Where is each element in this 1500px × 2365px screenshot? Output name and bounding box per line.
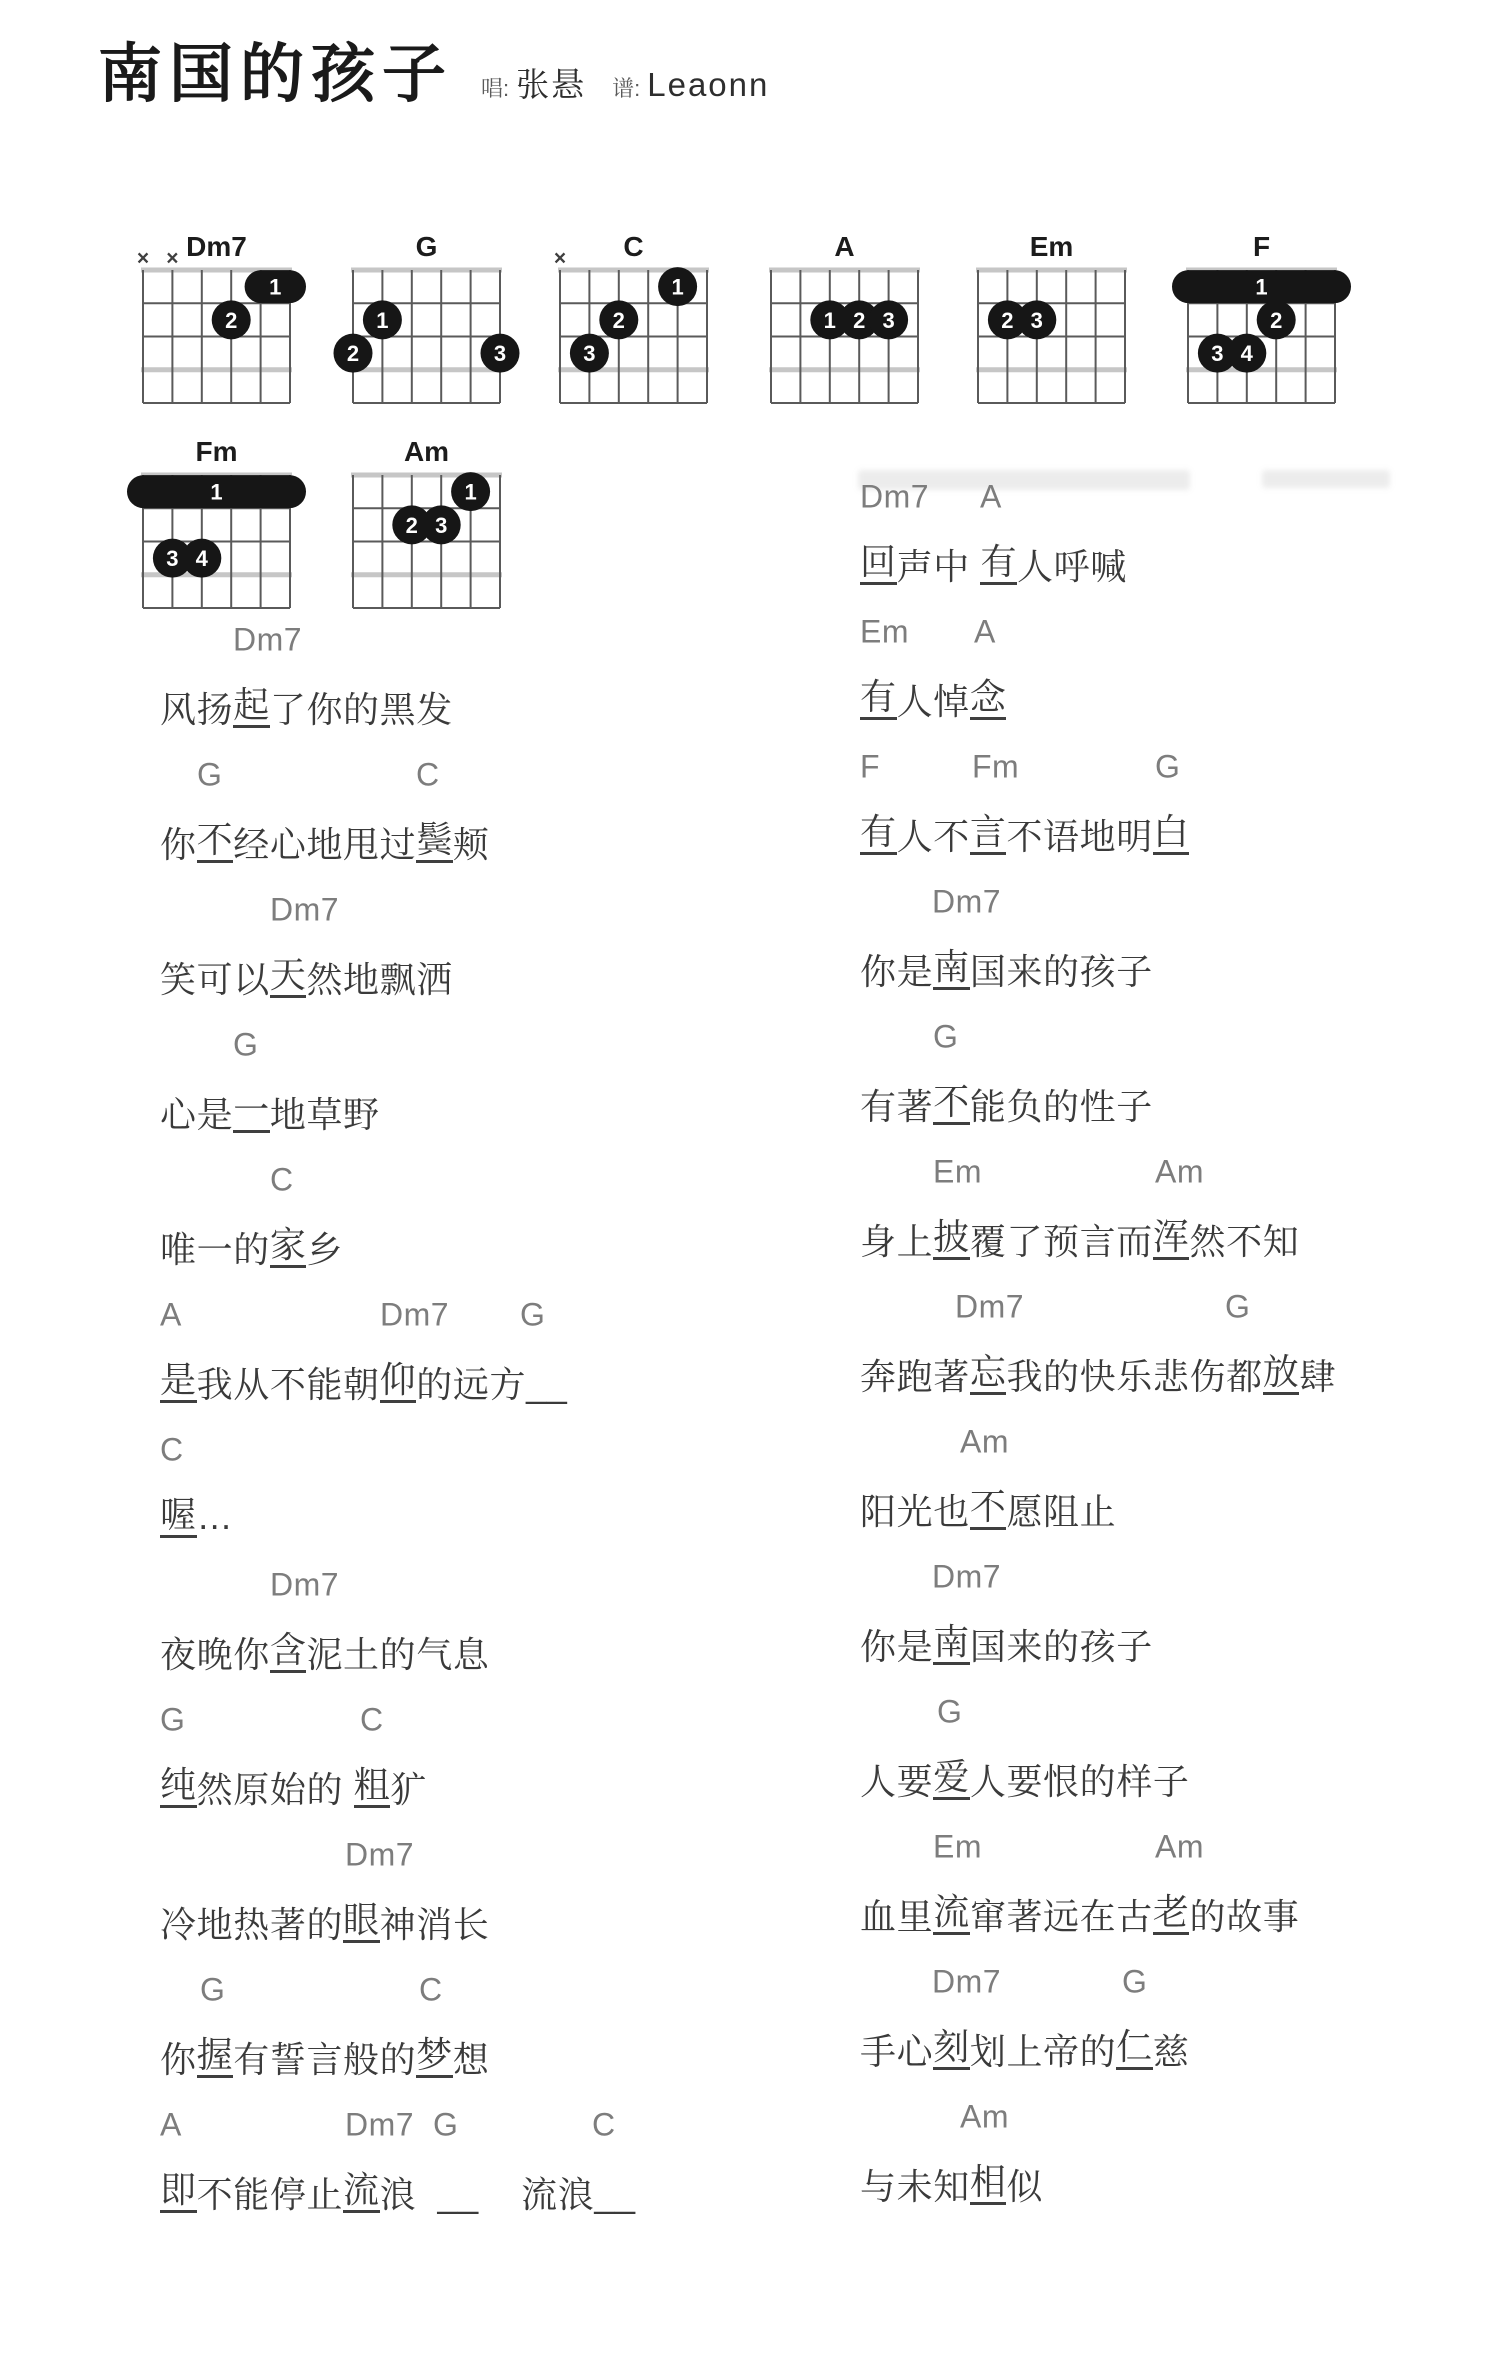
chord-change-char: 流 — [343, 2171, 380, 2213]
chord-symbol: Dm7 — [860, 478, 929, 515]
chord-symbol: Am — [960, 2098, 1009, 2135]
chord-line: Dm7 — [160, 606, 636, 674]
muted-string-mark: × — [137, 247, 149, 270]
chord-name-label: F — [1253, 231, 1270, 262]
lyric-line: 回声中 有人呼喊 — [860, 531, 1336, 599]
lyric-line: 身上披覆了预言而浑然不知 — [860, 1206, 1336, 1274]
chord-line: EmA — [860, 598, 1336, 666]
chord-change-char: 眼 — [343, 1901, 380, 1943]
chord-change-char: 即 — [160, 2171, 197, 2213]
finger-number: 2 — [406, 513, 418, 538]
chord-symbol: G — [433, 2106, 458, 2143]
lyric-line: 人要爱人要恨的样子 — [860, 1746, 1336, 1814]
chord-symbol: Em — [860, 613, 909, 650]
header: 南国的孩子 唱: 张悬 谱: Leaonn — [98, 42, 769, 106]
chord-symbol: A — [980, 478, 1002, 515]
chord-change-char: 忘 — [970, 1353, 1007, 1395]
chord-symbol: G — [197, 756, 222, 793]
chord-symbol: Dm7 — [270, 891, 339, 928]
chord-change-char: 有 — [860, 813, 897, 855]
lyric-line: 冷地热著的眼神消长 — [160, 1889, 636, 1957]
chord-symbol: G — [233, 1026, 258, 1063]
chord-line: Am — [860, 1408, 1336, 1476]
lyric-line: 有著不能负的性子 — [860, 1071, 1336, 1139]
finger-number: 4 — [1241, 341, 1254, 366]
chord-line: Dm7 — [160, 876, 636, 944]
lyric-line: 即不能停止流浪 __ 流浪__ — [160, 2159, 636, 2227]
finger-number: 2 — [853, 308, 865, 333]
chord-change-char: 刻 — [933, 2028, 970, 2070]
chord-change-char: 含 — [270, 1631, 307, 1673]
chord-line: C — [160, 1416, 636, 1484]
chord-symbol: C — [419, 1971, 443, 2008]
lyric-line: 笑可以天然地飘洒 — [160, 944, 636, 1012]
chord-name-label: G — [416, 231, 438, 262]
finger-number: 1 — [376, 308, 388, 333]
chord-symbol: G — [1122, 1963, 1147, 2000]
barre-finger-number: 1 — [1255, 275, 1267, 300]
chord-symbol: Dm7 — [345, 2106, 414, 2143]
finger-number: 1 — [671, 275, 683, 300]
chord-name-label: Em — [1030, 231, 1074, 262]
chord-symbol: Dm7 — [932, 883, 1001, 920]
finger-number: 3 — [1031, 308, 1043, 333]
barre-finger-number: 1 — [269, 275, 281, 300]
tab-label: 谱: — [612, 72, 640, 103]
chord-change-char: 爱 — [933, 1758, 970, 1800]
chord-symbol: G — [1155, 748, 1180, 785]
chord-symbol: G — [1225, 1288, 1250, 1325]
chord-change-char: 有 — [860, 678, 897, 720]
chord-change-char: 南 — [933, 948, 970, 990]
chord-symbol: Em — [933, 1828, 982, 1865]
chord-line: EmAm — [860, 1813, 1336, 1881]
lyric-line: 你是南国来的孩子 — [860, 936, 1336, 1004]
chord-symbol: C — [592, 2106, 616, 2143]
chord-line: FFmG — [860, 733, 1336, 801]
lyric-line: 你不经心地甩过鬓颊 — [160, 809, 636, 877]
chord-change-char: 相 — [970, 2163, 1007, 2205]
chord-symbol: A — [974, 613, 996, 650]
chord-diagram-A: A123 — [735, 225, 965, 415]
chord-line: Dm7 — [160, 1821, 636, 1889]
finger-number: 1 — [824, 308, 836, 333]
lyric-line: 手心刻划上帝的仁慈 — [860, 2016, 1336, 2084]
chord-symbol: C — [160, 1431, 184, 1468]
chord-diagram-G: G123 — [317, 225, 547, 415]
chord-symbol: G — [520, 1296, 545, 1333]
lyric-line: 与未知相似 — [860, 2151, 1336, 2219]
chord-change-char: 有 — [980, 543, 1017, 585]
chord-change-char: 仁 — [1116, 2028, 1153, 2070]
chord-change-char: 梦 — [416, 2036, 453, 2078]
chord-change-char: 老 — [1153, 1893, 1190, 1935]
chord-symbol: Am — [1155, 1828, 1204, 1865]
vocal-label: 唱: — [481, 72, 509, 103]
chord-symbol: A — [160, 1296, 182, 1333]
chord-line: ADm7GC — [160, 2091, 636, 2159]
finger-number: 3 — [1211, 341, 1223, 366]
chord-name-label: Dm7 — [186, 231, 247, 262]
chord-change-char: 握 — [197, 2036, 234, 2078]
chord-change-char: 不 — [197, 821, 234, 863]
chord-change-char: 起 — [233, 686, 270, 728]
chord-line: Dm7G — [860, 1948, 1336, 2016]
lyric-line: 你握有誓言般的梦想 — [160, 2024, 636, 2092]
chord-name-label: A — [834, 231, 854, 262]
finger-number: 2 — [347, 341, 359, 366]
lyric-column-left: Dm7风扬起了你的黑发GC你不经心地甩过鬓颊Dm7笑可以天然地飘洒G心是一地草野… — [160, 606, 636, 2226]
chord-diagram-Fm: Fm134 — [107, 430, 337, 620]
barre-finger-number: 1 — [210, 480, 222, 505]
finger-number: 2 — [225, 308, 237, 333]
chord-change-char: 回 — [860, 543, 897, 585]
chord-change-char: 喔 — [160, 1496, 197, 1538]
lyric-line: 夜晚你含泥土的气息 — [160, 1619, 636, 1687]
chord-symbol: G — [933, 1018, 958, 1055]
chord-change-char: 放 — [1263, 1353, 1300, 1395]
finger-number: 2 — [613, 308, 625, 333]
chord-change-char: 披 — [933, 1218, 970, 1260]
chord-line: GC — [160, 741, 636, 809]
chord-line: Am — [860, 2083, 1336, 2151]
chord-symbol: Em — [933, 1153, 982, 1190]
chord-change-char: 鬓 — [416, 821, 453, 863]
chord-diagram-Em: Em23 — [942, 225, 1172, 415]
chord-symbol: A — [160, 2106, 182, 2143]
finger-number: 3 — [435, 513, 447, 538]
chord-line: G — [860, 1003, 1336, 1071]
chord-line: C — [160, 1146, 636, 1214]
chord-change-char: 一 — [233, 1091, 270, 1133]
chord-change-char: 不 — [933, 1083, 970, 1125]
lyric-line: 阳光也不愿阻止 — [860, 1476, 1336, 1544]
chord-change-char: 南 — [933, 1623, 970, 1665]
muted-string-mark: × — [554, 247, 566, 270]
chord-symbol: Dm7 — [345, 1836, 414, 1873]
chord-line: GC — [160, 1686, 636, 1754]
chord-name-label: Fm — [196, 436, 238, 467]
chord-symbol: Fm — [972, 748, 1019, 785]
chord-change-char: 不 — [970, 1488, 1007, 1530]
chord-line: Dm7 — [860, 868, 1336, 936]
chord-line: Dm7 — [860, 1543, 1336, 1611]
finger-number: 3 — [583, 341, 595, 366]
chord-change-char: 浑 — [1153, 1218, 1190, 1260]
chord-symbol: Dm7 — [380, 1296, 449, 1333]
chord-symbol: F — [860, 748, 880, 785]
song-credits: 唱: 张悬 谱: Leaonn — [481, 59, 769, 106]
chord-line: Dm7 — [160, 1551, 636, 1619]
finger-number: 2 — [1270, 308, 1282, 333]
chord-line: Dm7A — [860, 463, 1336, 531]
chord-symbol: Am — [1155, 1153, 1204, 1190]
chord-change-char: 仰 — [380, 1361, 417, 1403]
vocal-name: 张悬 — [516, 59, 586, 106]
chord-symbol: Dm7 — [233, 621, 302, 658]
chord-line: Dm7G — [860, 1273, 1336, 1341]
chord-symbol: C — [360, 1701, 384, 1738]
chord-line: G — [860, 1678, 1336, 1746]
finger-number: 3 — [494, 341, 506, 366]
chord-symbol: G — [937, 1693, 962, 1730]
song-title: 南国的孩子 — [98, 42, 453, 106]
chord-symbol: Dm7 — [932, 1963, 1001, 2000]
finger-number: 1 — [464, 480, 476, 505]
chord-name-label: C — [623, 231, 643, 262]
chord-symbol: Am — [960, 1423, 1009, 1460]
chord-diagram-C: C×123 — [524, 225, 754, 415]
chord-symbol: Dm7 — [270, 1566, 339, 1603]
finger-number: 2 — [1001, 308, 1013, 333]
chord-symbol: C — [270, 1161, 294, 1198]
chord-diagram-Am: Am123 — [317, 430, 547, 620]
chord-symbol: G — [200, 1971, 225, 2008]
chord-symbol: Dm7 — [932, 1558, 1001, 1595]
chord-change-char: 是 — [160, 1361, 197, 1403]
chord-name-label: Am — [404, 436, 449, 467]
finger-number: 3 — [882, 308, 894, 333]
chord-line: G — [160, 1011, 636, 1079]
chord-symbol: C — [416, 756, 440, 793]
chord-symbol: G — [160, 1701, 185, 1738]
lyric-line: 唯一的家乡 — [160, 1214, 636, 1282]
muted-string-mark: × — [166, 247, 178, 270]
chord-diagram-F: F1234 — [1152, 225, 1382, 415]
lyric-line: 喔… — [160, 1484, 636, 1552]
chord-line: GC — [160, 1956, 636, 2024]
lyric-line: 有人悼念 — [860, 666, 1336, 734]
lyric-line: 奔跑著忘我的快乐悲伤都放肆 — [860, 1341, 1336, 1409]
tab-author: Leaonn — [647, 66, 769, 104]
lyric-line: 你是南国来的孩子 — [860, 1611, 1336, 1679]
lyric-line: 有人不言不语地明白 — [860, 801, 1336, 869]
chord-change-char: 念 — [970, 678, 1007, 720]
finger-number: 4 — [196, 546, 209, 571]
lyric-line: 风扬起了你的黑发 — [160, 674, 636, 742]
lyric-column-right: Dm7A回声中 有人呼喊EmA有人悼念FFmG有人不言不语地明白Dm7你是南国来… — [860, 463, 1336, 2218]
chord-line: ADm7G — [160, 1281, 636, 1349]
chord-diagram-Dm7: Dm7××12 — [107, 225, 337, 415]
chord-symbol: Dm7 — [955, 1288, 1024, 1325]
chord-change-char: 白 — [1153, 813, 1190, 855]
lyric-line: 是我从不能朝仰的远方__ — [160, 1349, 636, 1417]
lyric-line: 心是一地草野 — [160, 1079, 636, 1147]
chord-change-char: 纯 — [160, 1766, 197, 1808]
chord-change-char: 家 — [270, 1226, 307, 1268]
lyric-line: 血里流窜著远在古老的故事 — [860, 1881, 1336, 1949]
finger-number: 3 — [166, 546, 178, 571]
chord-line: EmAm — [860, 1138, 1336, 1206]
chord-change-char: 粗 — [354, 1766, 391, 1808]
lyric-line: 纯然原始的 粗犷 — [160, 1754, 636, 1822]
chord-change-char: 流 — [933, 1893, 970, 1935]
chord-change-char: 言 — [970, 813, 1007, 855]
chord-change-char: 天 — [270, 956, 307, 998]
